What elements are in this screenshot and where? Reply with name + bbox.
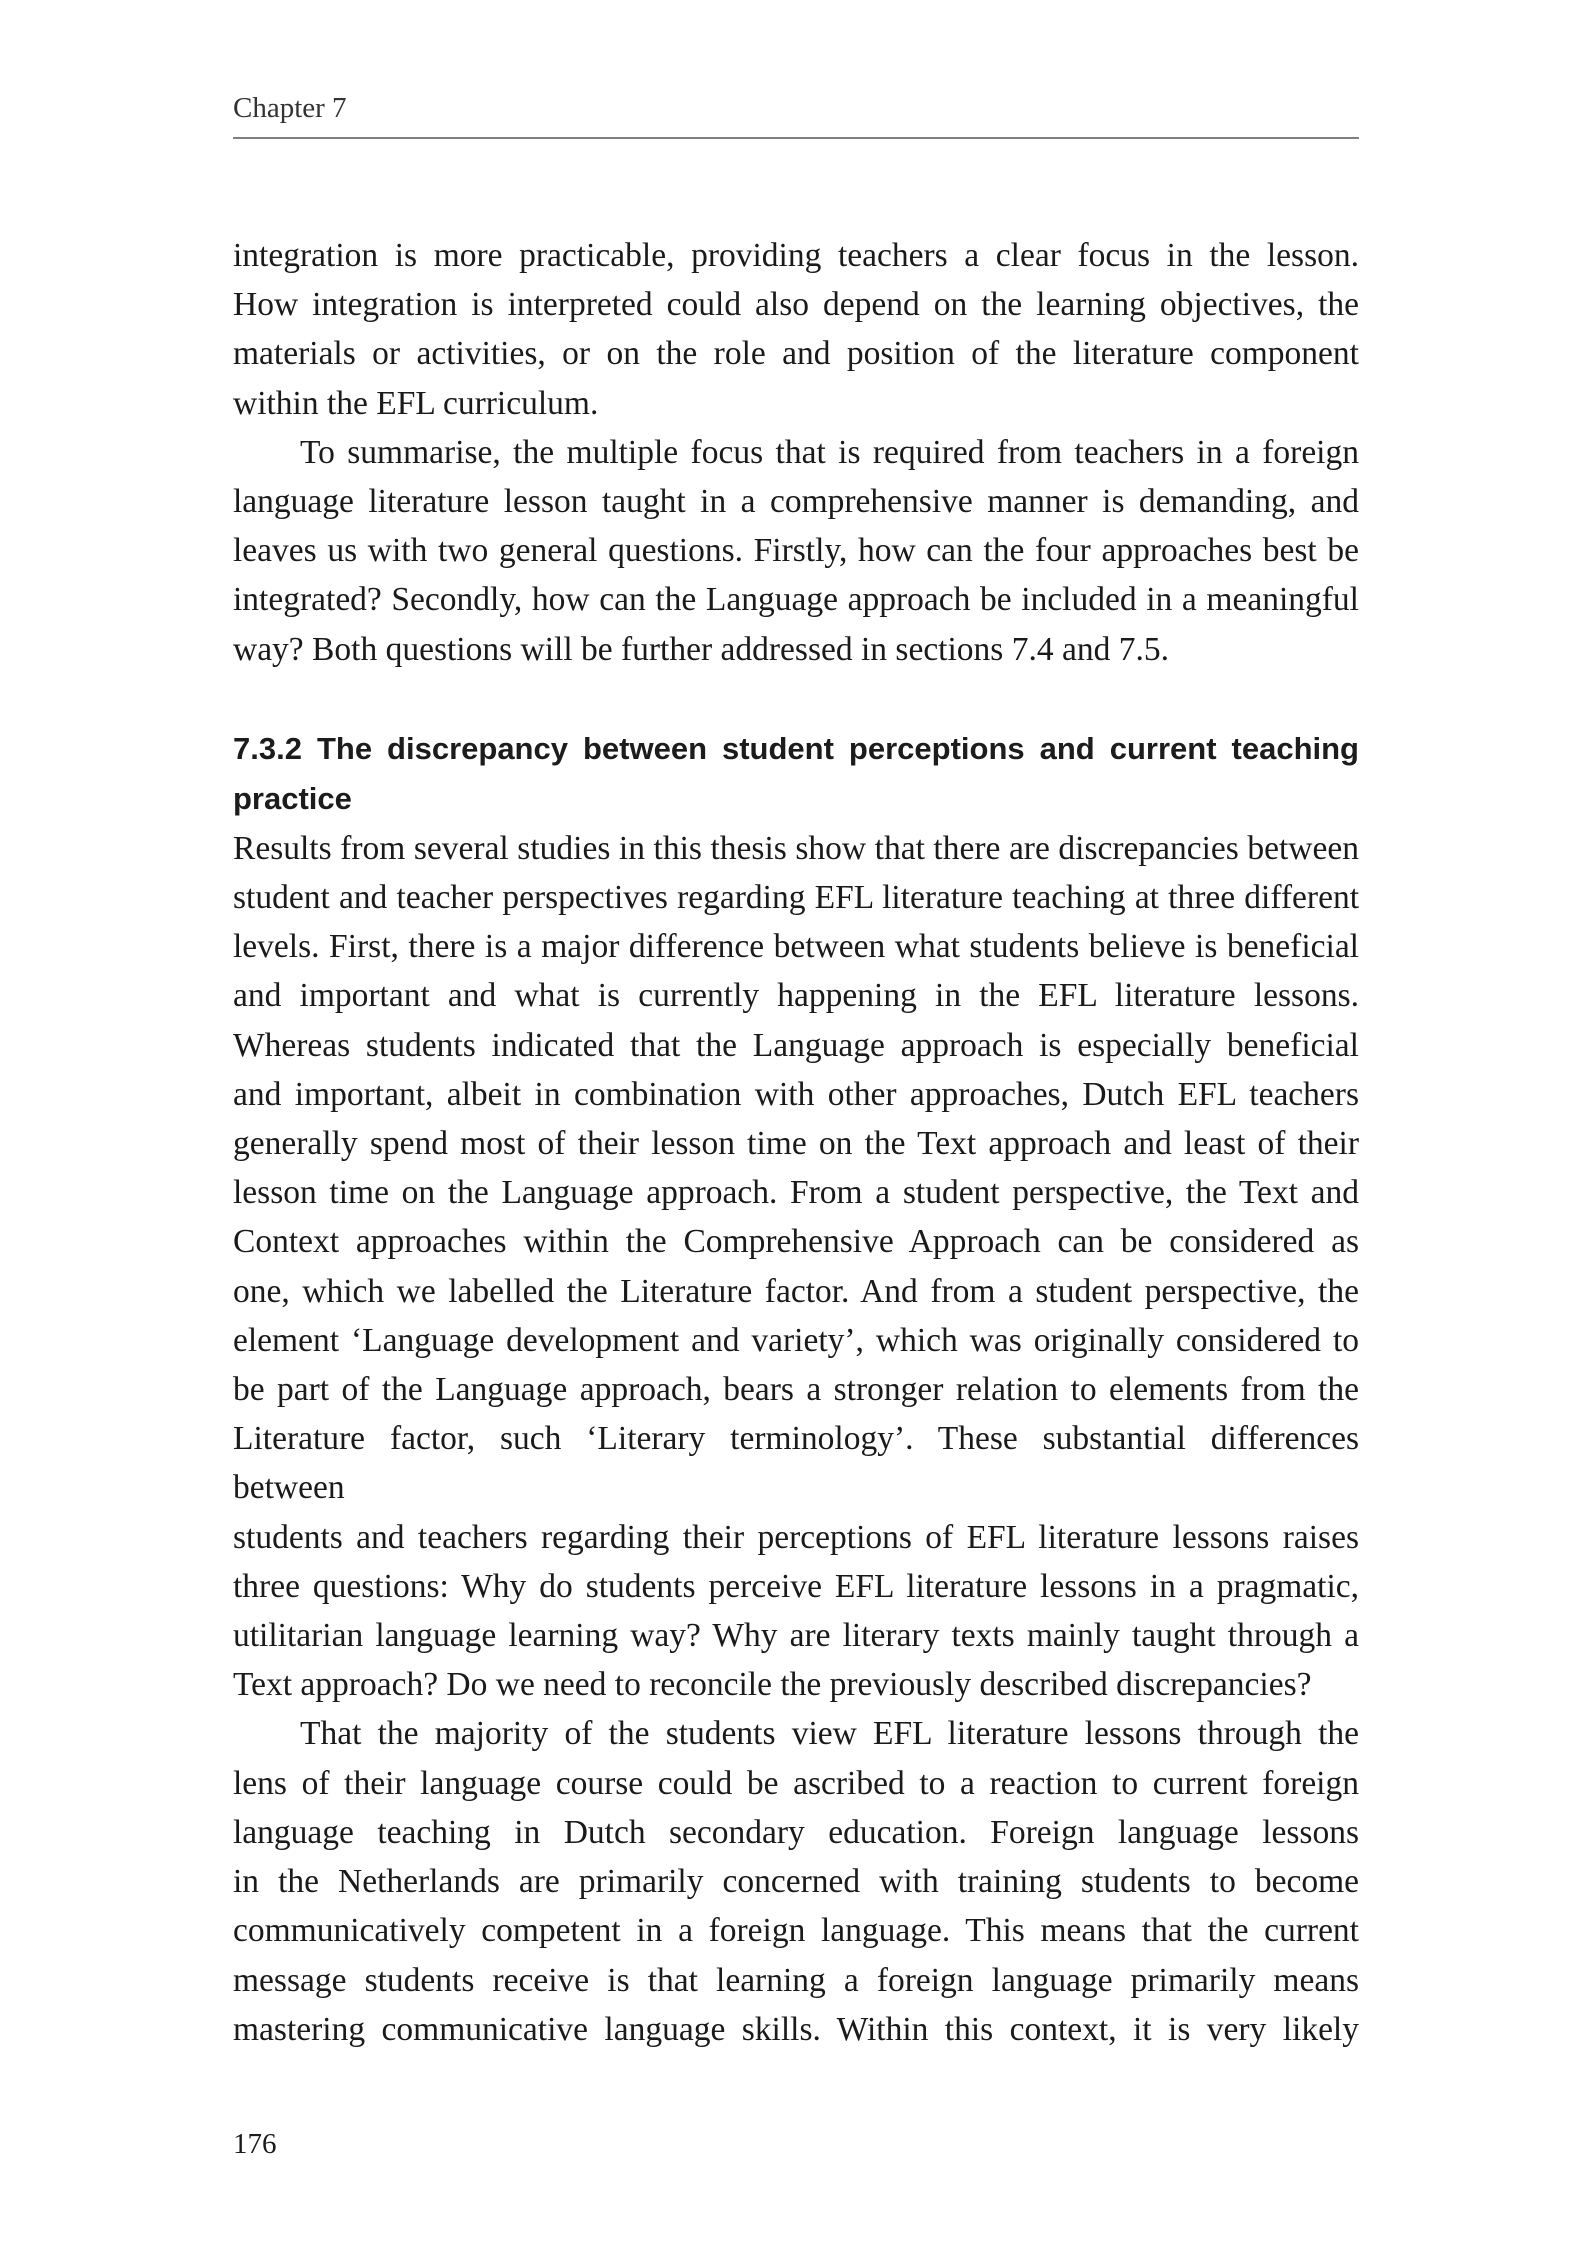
- text-line: be part of the Language approach, bears …: [233, 1365, 1359, 1414]
- text-line: message students receive is that learnin…: [233, 1956, 1359, 2005]
- text-line: Text approach? Do we need to reconcile t…: [233, 1660, 1359, 1709]
- text-line: one, which we labelled the Literature fa…: [233, 1267, 1359, 1316]
- body-text: integration is more practicable, providi…: [233, 231, 1359, 2054]
- text-line: integrated? Secondly, how can the Langua…: [233, 575, 1359, 624]
- heading-line: 7.3.2 The discrepancy between student pe…: [233, 724, 1359, 774]
- text-line: That the majority of the students view E…: [233, 1709, 1359, 1758]
- text-line: mastering communicative language skills.…: [233, 2005, 1359, 2054]
- paragraph-4: That the majority of the students view E…: [233, 1709, 1359, 2053]
- section-heading: 7.3.2 The discrepancy between student pe…: [233, 724, 1359, 824]
- text-line: Results from several studies in this the…: [233, 824, 1359, 873]
- text-line: and important, albeit in combination wit…: [233, 1070, 1359, 1119]
- text-line: Whereas students indicated that the Lang…: [233, 1021, 1359, 1070]
- running-head: Chapter 7: [233, 92, 347, 125]
- text-line: communicatively competent in a foreign l…: [233, 1906, 1359, 1955]
- text-line: To summarise, the multiple focus that is…: [233, 428, 1359, 477]
- text-line: student and teacher perspectives regardi…: [233, 873, 1359, 922]
- text-line: Literature factor, such ‘Literary termin…: [233, 1414, 1359, 1512]
- paragraph-3: Results from several studies in this the…: [233, 824, 1359, 1710]
- text-line: element ‘Language development and variet…: [233, 1316, 1359, 1365]
- text-line: materials or activities, or on the role …: [233, 329, 1359, 378]
- text-line: lens of their language course could be a…: [233, 1759, 1359, 1808]
- page-number: 176: [233, 2128, 277, 2161]
- heading-line: practice: [233, 774, 1359, 824]
- paragraph-2: To summarise, the multiple focus that is…: [233, 428, 1359, 674]
- text-line: leaves us with two general questions. Fi…: [233, 526, 1359, 575]
- text-line: Context approaches within the Comprehens…: [233, 1217, 1359, 1266]
- text-line: integration is more practicable, providi…: [233, 231, 1359, 280]
- text-line: utilitarian language learning way? Why a…: [233, 1611, 1359, 1660]
- header-rule: [233, 137, 1359, 139]
- text-line: way? Both questions will be further addr…: [233, 625, 1359, 674]
- text-line: and important and what is currently happ…: [233, 971, 1359, 1020]
- text-line: How integration is interpreted could als…: [233, 280, 1359, 329]
- text-line: levels. First, there is a major differen…: [233, 922, 1359, 971]
- text-line: students and teachers regarding their pe…: [233, 1513, 1359, 1562]
- text-line: language literature lesson taught in a c…: [233, 477, 1359, 526]
- text-line: three questions: Why do students perceiv…: [233, 1562, 1359, 1611]
- text-line: lesson time on the Language approach. Fr…: [233, 1168, 1359, 1217]
- paragraph-1: integration is more practicable, providi…: [233, 231, 1359, 428]
- text-line: within the EFL curriculum.: [233, 379, 1359, 428]
- text-line: generally spend most of their lesson tim…: [233, 1119, 1359, 1168]
- text-line: in the Netherlands are primarily concern…: [233, 1857, 1359, 1906]
- text-line: language teaching in Dutch secondary edu…: [233, 1808, 1359, 1857]
